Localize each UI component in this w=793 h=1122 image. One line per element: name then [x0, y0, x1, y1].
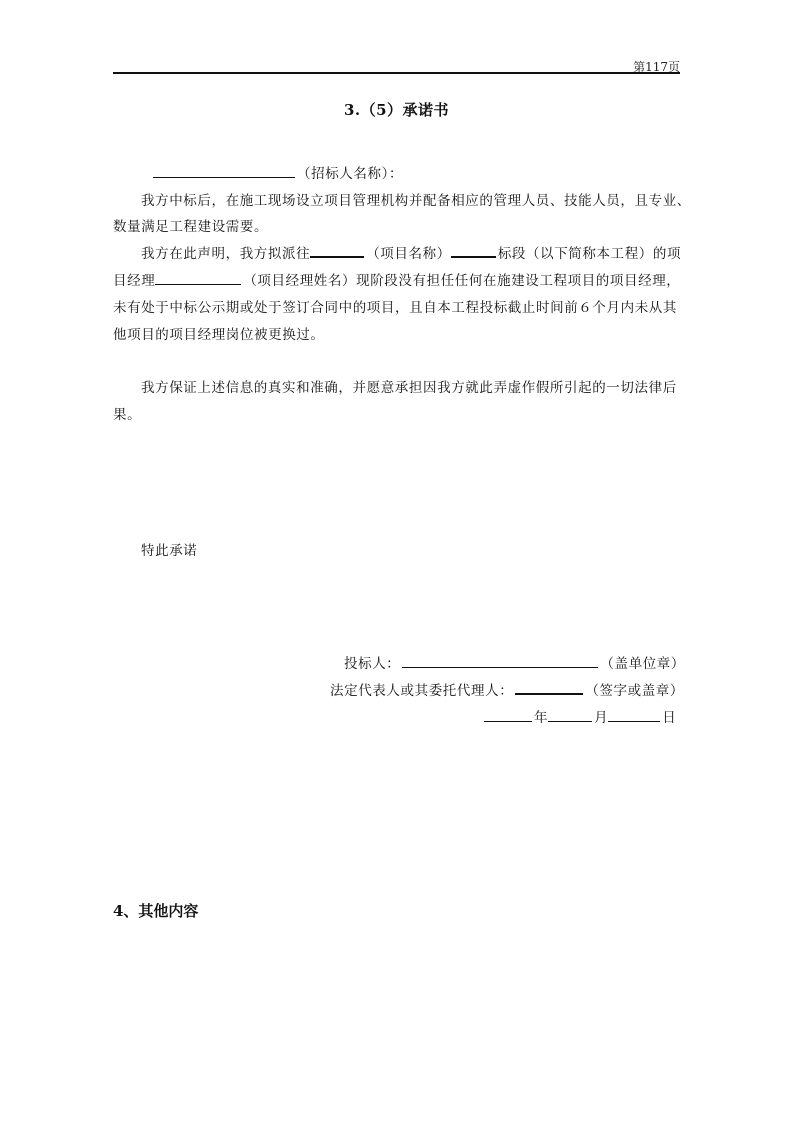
addressee-line: （招标人名称）： — [153, 162, 403, 182]
paragraph-3-line-2: 果。 — [113, 403, 141, 423]
year-blank[interactable] — [484, 708, 532, 722]
day-label: 日 — [662, 710, 676, 726]
bidder-label: 投标人： — [344, 656, 400, 672]
document-page: 第117页 3.（5）承诺书 （招标人名称）： 我方中标后，在施工现场设立项目管… — [0, 0, 793, 1122]
section-blank[interactable] — [451, 243, 496, 258]
month-blank[interactable] — [548, 708, 592, 722]
month-label: 月 — [594, 710, 608, 726]
p2-text-d: 目经理 — [113, 273, 155, 289]
paragraph-2-line-1: 我方在此声明，我方拟派往（项目名称）标段（以下简称本工程）的项 — [141, 242, 681, 262]
p2-text-e: （项目经理姓名）现阶段没有担任任何在施建设工程项目的项目经理， — [243, 273, 680, 289]
paragraph-2-line-3: 未有处于中标公示期或处于签订合同中的项目，且自本工程投标截止时间前６个月内未从其 — [113, 296, 677, 316]
tenderer-name-blank[interactable] — [153, 164, 295, 178]
section-heading: 4、其他内容 — [113, 900, 198, 921]
representative-label: 法定代表人或其委托代理人： — [330, 683, 513, 699]
header-rule — [113, 72, 680, 74]
day-blank[interactable] — [608, 708, 660, 722]
project-name-blank[interactable] — [310, 243, 364, 258]
paragraph-1-line-1: 我方中标后，在施工现场设立项目管理机构并配备相应的管理人员、技能人员，且专业、 — [141, 189, 691, 209]
representative-blank[interactable] — [515, 680, 583, 695]
project-manager-name-blank[interactable] — [155, 271, 241, 285]
addressee-suffix: （招标人名称）： — [297, 166, 403, 182]
bidder-note: （盖单位章） — [600, 656, 685, 672]
p2-text-c: 标段（以下简称本工程）的项 — [498, 246, 681, 262]
p2-text-b: （项目名称） — [366, 246, 451, 262]
closing-statement: 特此承诺 — [141, 539, 197, 559]
paragraph-2-line-2: 目经理（项目经理姓名）现阶段没有担任任何在施建设工程项目的项目经理， — [113, 269, 680, 289]
date-line: 年月日 — [484, 706, 676, 726]
representative-signature-line: 法定代表人或其委托代理人：（签字或盖章） — [330, 679, 684, 699]
bidder-signature-line: 投标人：（盖单位章） — [344, 652, 685, 672]
paragraph-1-line-2: 数量满足工程建设需要。 — [113, 215, 268, 235]
paragraph-2-line-4: 他项目的项目经理岗位被更换过。 — [113, 323, 325, 343]
page-title: 3.（5）承诺书 — [0, 99, 793, 120]
representative-note: （签字或盖章） — [585, 683, 684, 699]
year-label: 年 — [534, 710, 548, 726]
paragraph-3-line-1: 我方保证上述信息的真实和准确，并愿意承担因我方就此弄虚作假所引起的一切法律后 — [141, 376, 677, 396]
bidder-blank[interactable] — [402, 654, 598, 668]
p2-text-a: 我方在此声明，我方拟派往 — [141, 246, 310, 262]
